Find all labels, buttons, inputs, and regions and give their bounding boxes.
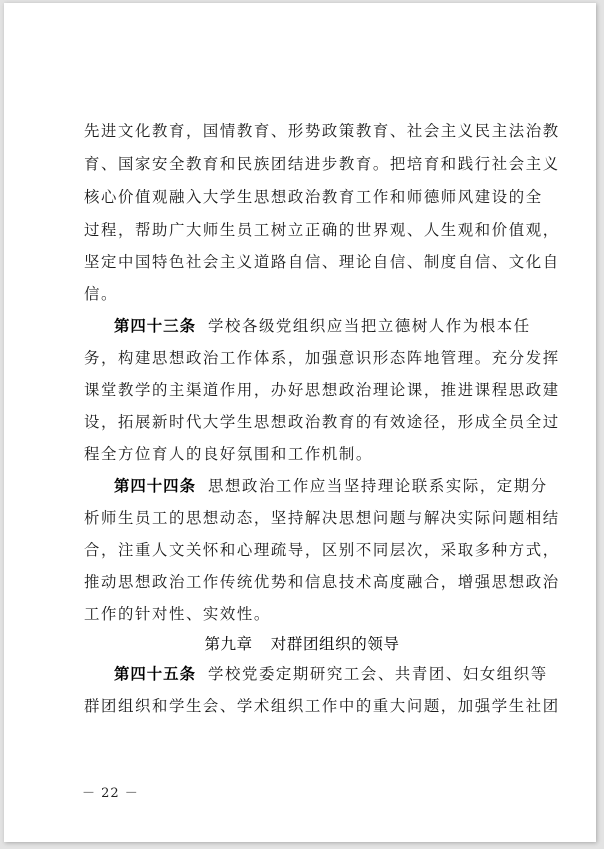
text-line: 务，构建思想政治工作体系，加强意识形态阵地管理。充分发挥 [84, 348, 516, 368]
text-line: 合，注重人文关怀和心理疏导，区别不同层次，采取多种方式， [84, 540, 516, 560]
chapter-number: 第九章 [204, 635, 252, 653]
text-line: 育、国家安全教育和民族团结进步教育。把培育和践行社会主义 [84, 154, 516, 174]
article-44-first-line: 第四十四条思想政治工作应当坚持理论联系实际，定期分 [114, 476, 516, 496]
article-43-first-line: 第四十三条学校各级党组织应当把立德树人作为根本任 [114, 316, 516, 336]
text-line: 推动思想政治工作传统优势和信息技术高度融合，增强思想政治 [84, 572, 516, 592]
text-line: 坚定中国特色社会主义道路自信、理论自信、制度自信、文化自 [84, 252, 516, 272]
article-label: 第四十五条 [114, 665, 196, 683]
text-line: 过程，帮助广大师生员工树立正确的世界观、人生观和价值观， [84, 220, 516, 240]
text-line: 析师生员工的思想动态，坚持解决思想问题与解决实际问题相结 [84, 508, 516, 528]
article-label: 第四十四条 [114, 477, 196, 495]
article-text: 思想政治工作应当坚持理论联系实际，定期分 [208, 477, 548, 495]
article-text: 学校各级党组织应当把立德树人作为根本任 [208, 317, 531, 335]
page-number: － 22 － [82, 786, 139, 802]
text-line: 核心价值观融入大学生思想政治教育工作和师德师风建设的全 [84, 187, 516, 207]
chapter-title: 对群团组织的领导 [271, 635, 400, 653]
article-45-first-line: 第四十五条学校党委定期研究工会、共青团、妇女组织等 [114, 664, 516, 684]
article-label: 第四十三条 [114, 317, 196, 335]
text-line: 程全方位育人的良好氛围和工作机制。 [84, 444, 516, 464]
chapter-heading: 第九章对群团组织的领导 [0, 634, 604, 654]
text-line: 设，拓展新时代大学生思想政治教育的有效途径，形成全员全过 [84, 412, 516, 432]
text-line: 先进文化教育，国情教育、形势政策教育、社会主义民主法治教 [84, 121, 516, 141]
article-text: 学校党委定期研究工会、共青团、妇女组织等 [208, 665, 548, 683]
text-line: 信。 [84, 284, 516, 304]
text-line: 群团组织和学生会、学术组织工作中的重大问题，加强学生社团 [84, 696, 516, 716]
text-line: 工作的针对性、实效性。 [84, 604, 516, 624]
text-line: 课堂教学的主渠道作用，办好思想政治理论课，推进课程思政建 [84, 380, 516, 400]
